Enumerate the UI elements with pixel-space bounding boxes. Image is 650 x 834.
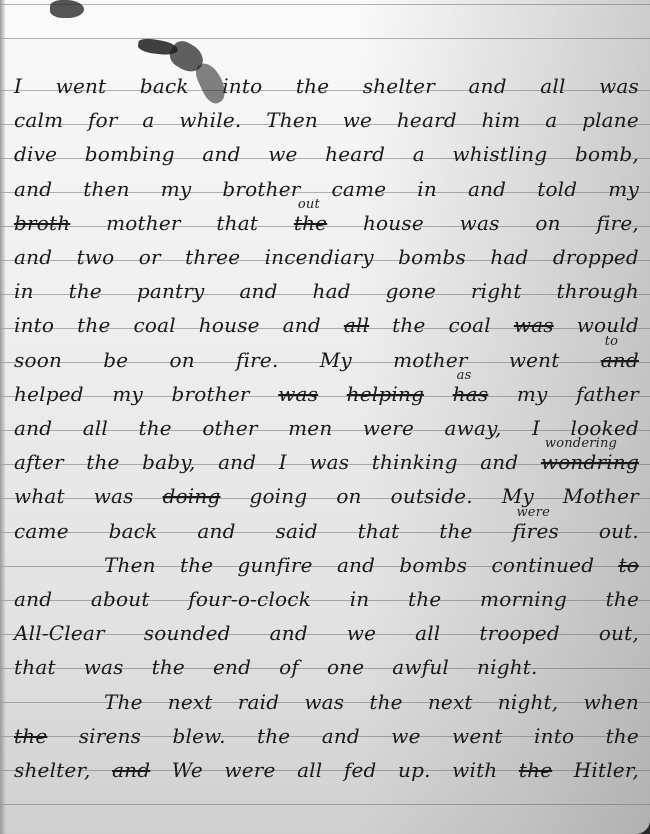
word: in xyxy=(14,279,34,303)
page-edge xyxy=(0,0,6,834)
handwritten-page: Iwentbackintotheshelterandallwascalmfora… xyxy=(0,0,650,834)
word: thinking xyxy=(372,450,458,474)
word: the xyxy=(606,724,639,748)
word: a xyxy=(545,108,557,132)
word: what xyxy=(14,484,65,508)
word: out. xyxy=(599,519,639,543)
word: and xyxy=(14,587,52,611)
word: that xyxy=(216,211,258,235)
word: all xyxy=(344,313,369,337)
word: we xyxy=(343,108,372,132)
word: and xyxy=(270,621,308,645)
word: was xyxy=(278,382,318,406)
word: four-o-clock xyxy=(188,587,311,611)
word: into xyxy=(534,724,574,748)
word: went xyxy=(452,724,503,748)
word: and xyxy=(322,724,360,748)
word: we xyxy=(391,724,420,748)
word: then xyxy=(83,177,129,201)
word: sirens xyxy=(79,724,141,748)
word: my xyxy=(112,382,143,406)
word: were xyxy=(224,758,275,782)
word: on xyxy=(169,348,194,372)
word: all xyxy=(83,416,108,440)
word: next xyxy=(428,690,473,714)
word: on xyxy=(336,484,361,508)
word: theout xyxy=(294,211,327,235)
word: and xyxy=(14,245,52,269)
text-line: calmforawhile.Thenweheardhimaplane xyxy=(14,98,639,132)
word: trooped xyxy=(479,621,560,645)
word: had xyxy=(313,279,351,303)
word: had xyxy=(490,245,528,269)
word: continued xyxy=(491,553,594,577)
word: whistling xyxy=(452,142,547,166)
word: the xyxy=(14,724,47,748)
text-line: andalltheothermenwereaway,Ilooked xyxy=(14,406,639,440)
word: the xyxy=(439,519,472,543)
word: fireswere xyxy=(512,519,558,543)
word: was xyxy=(599,74,639,98)
word: was xyxy=(460,211,500,235)
word: dive xyxy=(14,142,57,166)
word: of xyxy=(279,655,299,679)
text-line: Iwentbackintotheshelterandallwas xyxy=(14,64,639,98)
word: and xyxy=(112,758,150,782)
word: my xyxy=(517,382,548,406)
word: was xyxy=(94,484,134,508)
word: told xyxy=(537,177,577,201)
word: pantry xyxy=(137,279,205,303)
word: bombs xyxy=(399,553,467,577)
word: all xyxy=(540,74,565,98)
word: brother xyxy=(172,382,250,406)
word: helping xyxy=(347,382,424,406)
text-line: thesirensblew.theandwewentintothe xyxy=(14,714,639,748)
word: dropped xyxy=(553,245,639,269)
word: Then xyxy=(104,553,156,577)
word: outside. xyxy=(391,484,473,508)
word: The xyxy=(104,690,143,714)
word: shelter, xyxy=(14,758,91,782)
word: the xyxy=(408,587,441,611)
word: heard xyxy=(397,108,457,132)
text-line: intothecoalhouseandallthecoalwaswould xyxy=(14,303,639,337)
word: the xyxy=(296,74,329,98)
word: night, xyxy=(498,690,559,714)
word: a xyxy=(413,142,425,166)
word: a xyxy=(142,108,154,132)
word: My xyxy=(320,348,352,372)
word: incendiary xyxy=(265,245,374,269)
word: while. xyxy=(179,108,241,132)
word: away, xyxy=(445,416,502,440)
text-line: helpedmybrotherwashelpinghasasmyfather xyxy=(14,372,639,406)
word: were xyxy=(363,416,414,440)
word: the xyxy=(77,313,110,337)
word: about xyxy=(91,587,150,611)
word: bombs xyxy=(398,245,466,269)
word: doing xyxy=(163,484,221,508)
word: bombing xyxy=(85,142,175,166)
word: was xyxy=(84,655,124,679)
word: after xyxy=(14,450,64,474)
word: the xyxy=(180,553,213,577)
word: heard xyxy=(325,142,385,166)
inserted-word: as xyxy=(457,368,472,383)
word: the xyxy=(86,450,119,474)
word: Hitler, xyxy=(574,758,639,782)
text-line: Thenthegunfireandbombscontinuedto xyxy=(14,543,639,577)
word: awful xyxy=(392,655,449,679)
word: morning xyxy=(480,587,567,611)
word: wondringwondering xyxy=(541,450,639,474)
word: the xyxy=(152,655,185,679)
word: All-Clear xyxy=(14,621,105,645)
word: up. xyxy=(398,758,431,782)
word: him xyxy=(482,108,521,132)
word: and xyxy=(468,177,506,201)
word: We xyxy=(172,758,203,782)
word: or xyxy=(139,245,161,269)
word: all xyxy=(297,758,322,782)
word: into xyxy=(222,74,262,98)
word: helped xyxy=(14,382,84,406)
word: and xyxy=(197,519,235,543)
word: baby, xyxy=(142,450,196,474)
word: the xyxy=(138,416,171,440)
word: and xyxy=(337,553,375,577)
word: one xyxy=(327,655,364,679)
word: and xyxy=(218,450,256,474)
word: the xyxy=(519,758,552,782)
word: in xyxy=(417,177,437,201)
word: next xyxy=(168,690,213,714)
word: went xyxy=(509,348,560,372)
word: sounded xyxy=(144,621,231,645)
inserted-word: were xyxy=(516,505,550,520)
word: fire. xyxy=(236,348,279,372)
word: two xyxy=(77,245,115,269)
text-line: andthenmybrothercameinandtoldmy xyxy=(14,167,639,201)
word: I xyxy=(14,74,22,98)
word: back xyxy=(140,74,189,98)
word: out, xyxy=(599,621,639,645)
word: the xyxy=(257,724,290,748)
word: raid xyxy=(238,690,279,714)
word: night. xyxy=(477,655,538,679)
word: fire, xyxy=(596,211,639,235)
word: all xyxy=(415,621,440,645)
word: fed xyxy=(344,758,377,782)
word: in xyxy=(350,587,370,611)
text-line: All-Clearsoundedandwealltroopedout, xyxy=(14,611,639,645)
word: Then xyxy=(266,108,318,132)
word: men xyxy=(288,416,332,440)
text-line: andtwoorthreeincendiarybombshaddropped xyxy=(14,235,639,269)
word: we xyxy=(268,142,297,166)
text-line: thatwastheendofoneawfulnight. xyxy=(14,645,639,679)
word: when xyxy=(583,690,639,714)
word: and xyxy=(14,177,52,201)
word: was xyxy=(309,450,349,474)
word: was xyxy=(514,313,554,337)
word: and xyxy=(468,74,506,98)
word: to xyxy=(618,553,638,577)
word: and xyxy=(283,313,321,337)
word: came xyxy=(14,519,69,543)
word: blew. xyxy=(172,724,225,748)
word: I xyxy=(532,416,540,440)
word: I xyxy=(279,450,287,474)
word: three xyxy=(185,245,240,269)
word: shelter xyxy=(363,74,435,98)
word: gone xyxy=(386,279,436,303)
text-line: shelter,andWewereallfedup.withtheHitler, xyxy=(14,748,639,782)
word: that xyxy=(14,655,56,679)
word: the xyxy=(369,690,402,714)
word: with xyxy=(452,758,497,782)
inserted-word: wondering xyxy=(545,436,617,451)
text-line: andaboutfour-o-clockinthemorningthe xyxy=(14,577,639,611)
word: back xyxy=(109,519,158,543)
word: through xyxy=(557,279,639,303)
word: other xyxy=(202,416,257,440)
word: coal xyxy=(133,313,175,337)
text-line: Thenextraidwasthenextnight,when xyxy=(14,680,639,714)
word: came xyxy=(332,177,387,201)
text-line: afterthebaby,andIwasthinkingandwondringw… xyxy=(14,440,639,474)
word: brother xyxy=(222,177,300,201)
word: father xyxy=(576,382,639,406)
word: be xyxy=(103,348,128,372)
word: we xyxy=(347,621,376,645)
word: the xyxy=(392,313,425,337)
word: bomb, xyxy=(575,142,639,166)
word: plane xyxy=(582,108,639,132)
text-line: inthepantryandhadgonerightthrough xyxy=(14,269,639,303)
word: and xyxy=(239,279,277,303)
text-line: brothmotherthattheouthousewasonfire, xyxy=(14,201,639,235)
word: into xyxy=(14,313,54,337)
text-line: soonbeonfire.Mymotherwentandto xyxy=(14,338,639,372)
word: Mother xyxy=(563,484,639,508)
word: my xyxy=(161,177,192,201)
word: hasas xyxy=(453,382,489,406)
word: going xyxy=(249,484,307,508)
word: right xyxy=(471,279,522,303)
word: the xyxy=(69,279,102,303)
inserted-word: out xyxy=(298,197,320,212)
text-line: whatwasdoinggoingonoutside.MyMother xyxy=(14,474,639,508)
inserted-word: to xyxy=(605,334,618,349)
word: for xyxy=(88,108,118,132)
word: calm xyxy=(14,108,63,132)
word: said xyxy=(276,519,318,543)
word: on xyxy=(535,211,560,235)
word: the xyxy=(606,587,639,611)
word: my xyxy=(608,177,639,201)
word: went xyxy=(56,74,107,98)
text-line: divebombingandweheardawhistlingbomb, xyxy=(14,132,639,166)
word: house xyxy=(363,211,424,235)
word: that xyxy=(358,519,400,543)
word: andto xyxy=(601,348,639,372)
word: mother xyxy=(106,211,181,235)
word: and xyxy=(480,450,518,474)
word: coal xyxy=(448,313,490,337)
word: end xyxy=(213,655,251,679)
word: house xyxy=(199,313,260,337)
word: was xyxy=(304,690,344,714)
ink-blot xyxy=(50,0,84,18)
text-line: camebackandsaidthatthefireswereout. xyxy=(14,509,639,543)
word: soon xyxy=(14,348,62,372)
word: gunfire xyxy=(238,553,313,577)
word: and xyxy=(14,416,52,440)
word: and xyxy=(202,142,240,166)
word: broth xyxy=(14,211,70,235)
